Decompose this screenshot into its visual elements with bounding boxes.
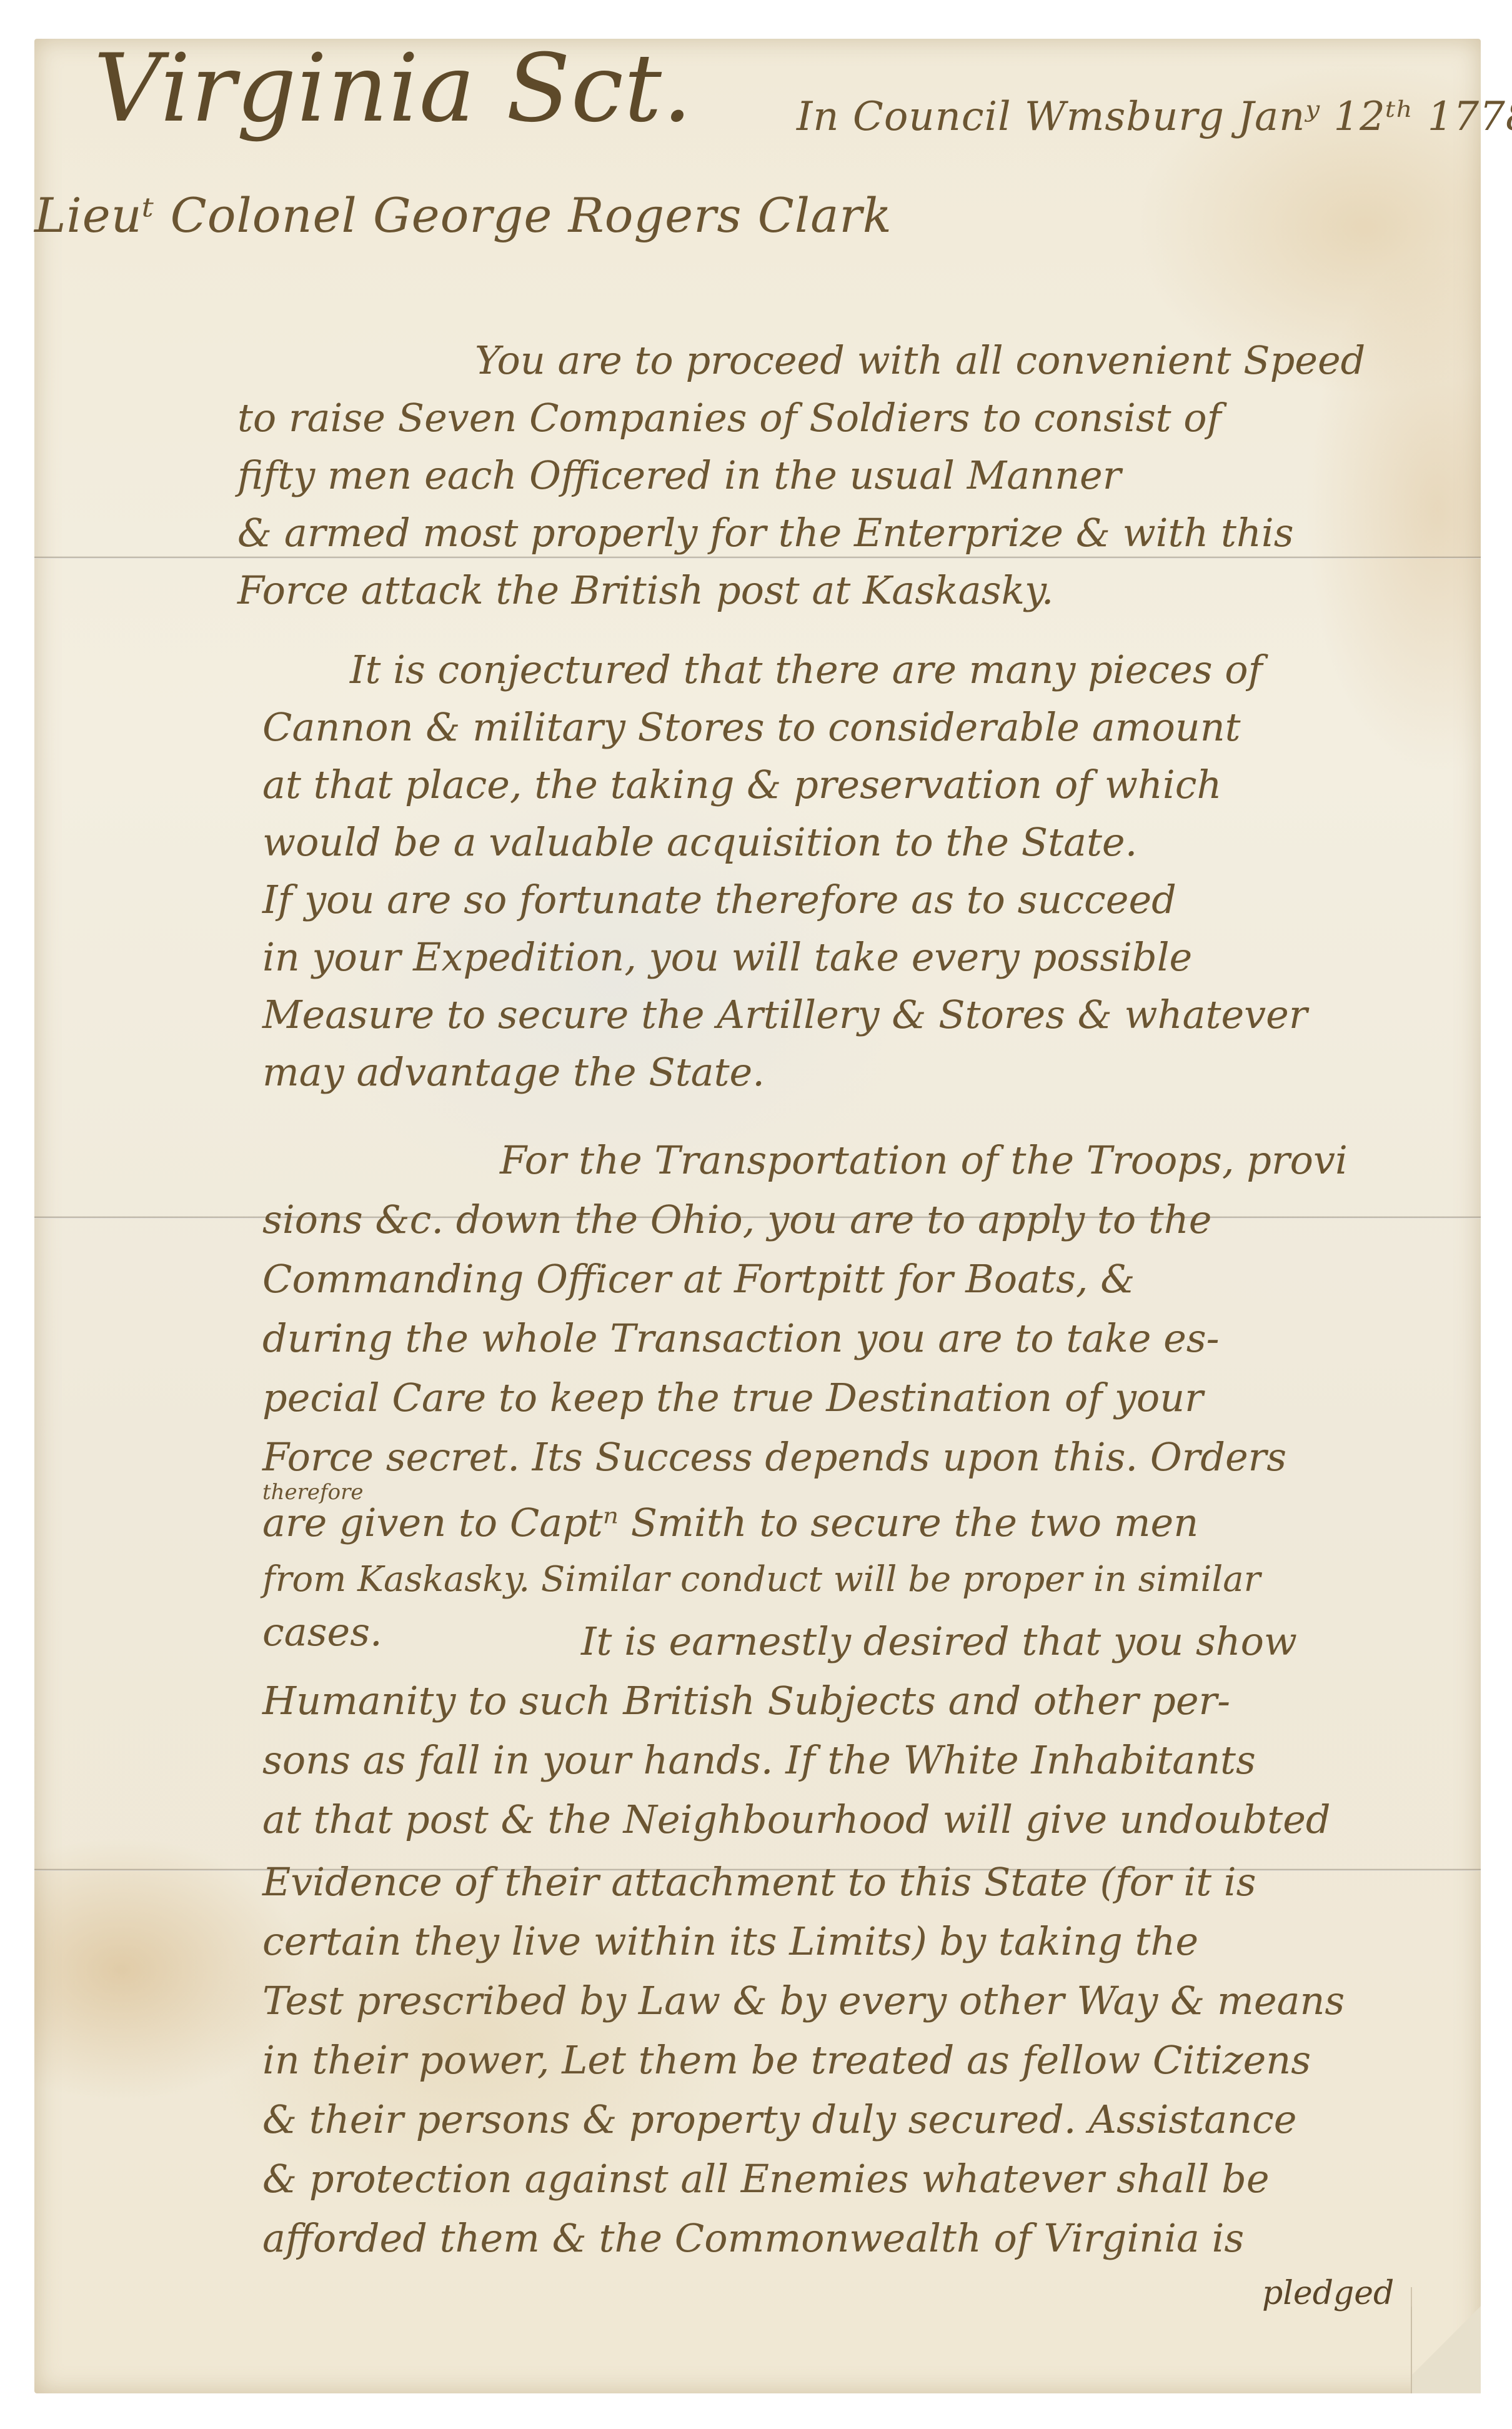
folded-corner xyxy=(1411,2287,1481,2393)
letter-line: pecial Care to keep the true Destination… xyxy=(262,1375,1203,1420)
letter-line: & protection against all Enemies whateve… xyxy=(262,2156,1270,2202)
letter-line: It is conjectured that there are many pi… xyxy=(350,647,1263,692)
letter-line: For the Transportation of the Troops, pr… xyxy=(500,1137,1348,1183)
letter-line: certain they live within its Limits) by … xyxy=(262,1918,1198,1964)
letter-line: to raise Seven Companies of Soldiers to … xyxy=(237,395,1221,441)
addressee: Lieuᵗ Colonel George Rogers Clark xyxy=(34,187,892,243)
letter-line: may advantage the State. xyxy=(262,1049,765,1095)
letter-line: in your Expedition, you will take every … xyxy=(262,934,1192,980)
letter-line: Force attack the British post at Kaskask… xyxy=(237,567,1054,613)
letter-line: during the whole Transaction you are to … xyxy=(262,1315,1220,1361)
letter-line: sons as fall in your hands. If the White… xyxy=(262,1737,1256,1783)
letter-line: If you are so fortunate therefore as to … xyxy=(262,877,1176,922)
catchword: pledged xyxy=(1262,2275,1394,2312)
heading-date-line: In Council Wmsburg Janʸ 12ᵗʰ 1778 xyxy=(797,94,1512,140)
heading-state: Virginia Sct. xyxy=(94,34,693,143)
letter-line: are given to Captⁿ Smith to secure the t… xyxy=(262,1500,1198,1545)
letter-line: at that post & the Neighbourhood will gi… xyxy=(262,1797,1331,1842)
letter-line: would be a valuable acquisition to the S… xyxy=(262,819,1137,865)
letter-line: cases. xyxy=(262,1609,382,1655)
letter-line: Test prescribed by Law & by every other … xyxy=(262,1978,1345,2023)
letter-line: afforded them & the Commonwealth of Virg… xyxy=(262,2215,1244,2261)
letter-line: It is earnestly desired that you show xyxy=(581,1619,1297,1664)
letter-line: Commanding Officer at Fortpitt for Boats… xyxy=(262,1256,1135,1302)
letter-line: You are to proceed with all convenient S… xyxy=(475,337,1365,383)
letter-line: in their power, Let them be treated as f… xyxy=(262,2037,1311,2083)
letter-line: Cannon & military Stores to considerable… xyxy=(262,704,1241,750)
letter-line: at that place, the taking & preservation… xyxy=(262,762,1221,807)
letter-line: Force secret. Its Success depends upon t… xyxy=(262,1434,1286,1480)
letter-line: fifty men each Officered in the usual Ma… xyxy=(237,452,1121,498)
letter-line: sions &c. down the Ohio, you are to appl… xyxy=(262,1197,1211,1242)
letter-line: Humanity to such British Subjects and ot… xyxy=(262,1678,1230,1723)
letter-line: & their persons & property duly secured.… xyxy=(262,2097,1297,2142)
fold-crease xyxy=(34,556,1481,559)
letter-line: from Kaskasky. Similar conduct will be p… xyxy=(262,1559,1260,1600)
letter-line: Evidence of their attachment to this Sta… xyxy=(262,1859,1256,1905)
letter-line: Measure to secure the Artillery & Stores… xyxy=(262,992,1308,1037)
letter-line: & armed most properly for the Enterprize… xyxy=(237,510,1294,556)
